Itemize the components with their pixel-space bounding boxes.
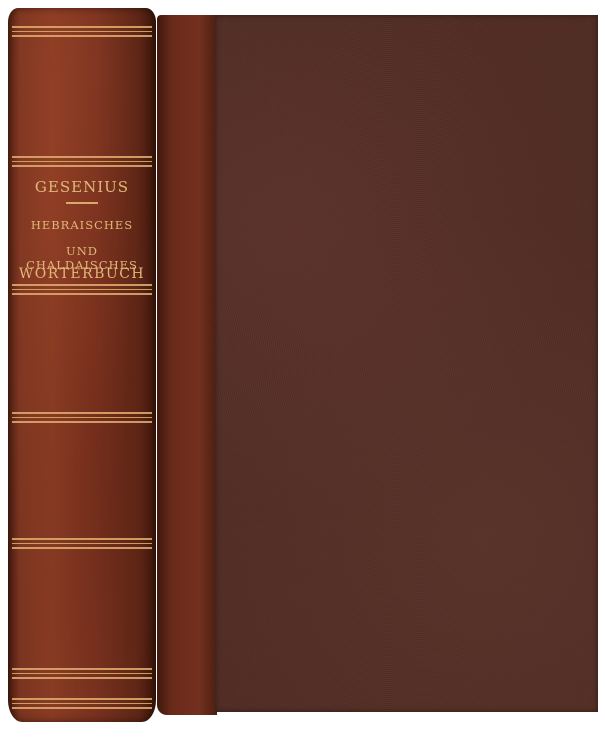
gilt-band — [12, 412, 152, 423]
gilt-band — [12, 26, 152, 37]
cloth-front-cover — [215, 15, 598, 712]
book-spine: GESENIUS HEBRAISCHES UND CHALDAISCHES WO… — [8, 8, 156, 722]
spine-title-line-3: WORTERBUCH — [8, 266, 156, 282]
spine-divider — [66, 202, 98, 204]
gilt-band — [12, 538, 152, 549]
spine-author: GESENIUS — [8, 178, 156, 196]
gilt-band — [12, 668, 152, 679]
gilt-band — [12, 284, 152, 295]
gilt-band — [12, 698, 152, 709]
leather-hinge — [157, 15, 217, 715]
gilt-band — [12, 156, 152, 167]
spine-title-line-1: HEBRAISCHES — [8, 218, 156, 232]
